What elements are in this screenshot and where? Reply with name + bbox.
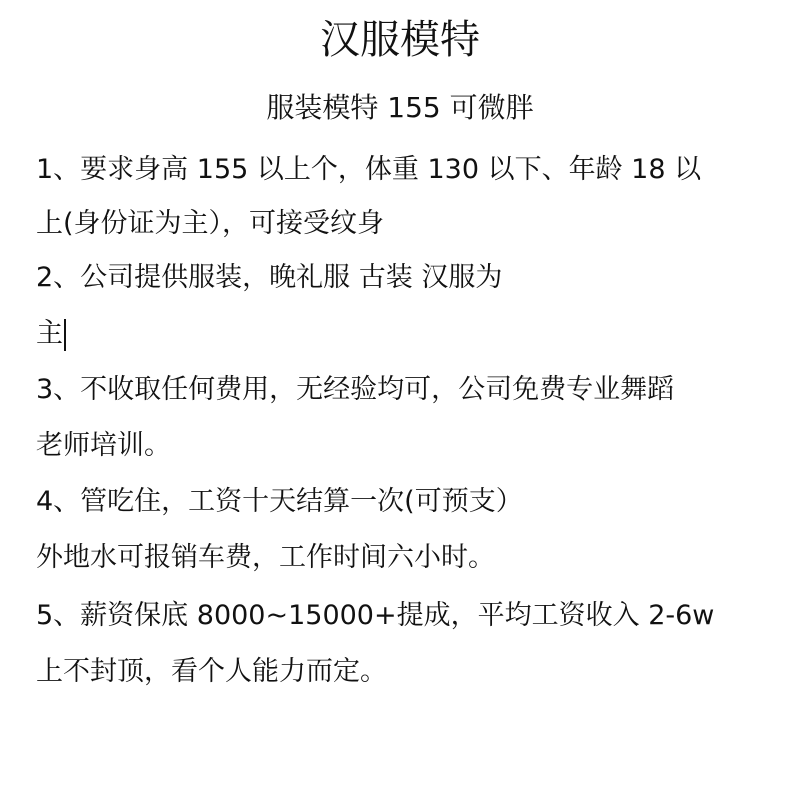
line-text: 主 <box>36 318 63 349</box>
requirement-line-1-cont: 上(身份证为主），可接受纹身 <box>36 206 384 242</box>
document-title: 汉服模特 <box>0 14 800 66</box>
requirement-line-2-cont: 主 <box>36 316 66 352</box>
text-cursor <box>64 319 66 351</box>
requirement-line-5-cont: 上不封顶，看个人能力而定。 <box>36 654 387 690</box>
requirement-line-2: 2、公司提供服装，晚礼服 古装 汉服为 <box>36 260 502 296</box>
requirement-line-4: 4、管吃住，工资十天结算一次(可预支） <box>36 484 523 520</box>
requirement-line-3: 3、不收取任何费用，无经验均可，公司免费专业舞蹈 <box>36 372 674 408</box>
requirement-line-1: 1、要求身高 155 以上个，体重 130 以下、年龄 18 以 <box>36 152 701 188</box>
requirement-line-4-cont: 外地水可报销车费，工作时间六小时。 <box>36 540 495 576</box>
requirement-line-5: 5、薪资保底 8000~15000+提成，平均工资收入 2-6w <box>36 598 714 634</box>
requirement-line-3-cont: 老师培训。 <box>36 428 171 464</box>
document-subtitle: 服装模特 155 可微胖 <box>0 88 800 128</box>
